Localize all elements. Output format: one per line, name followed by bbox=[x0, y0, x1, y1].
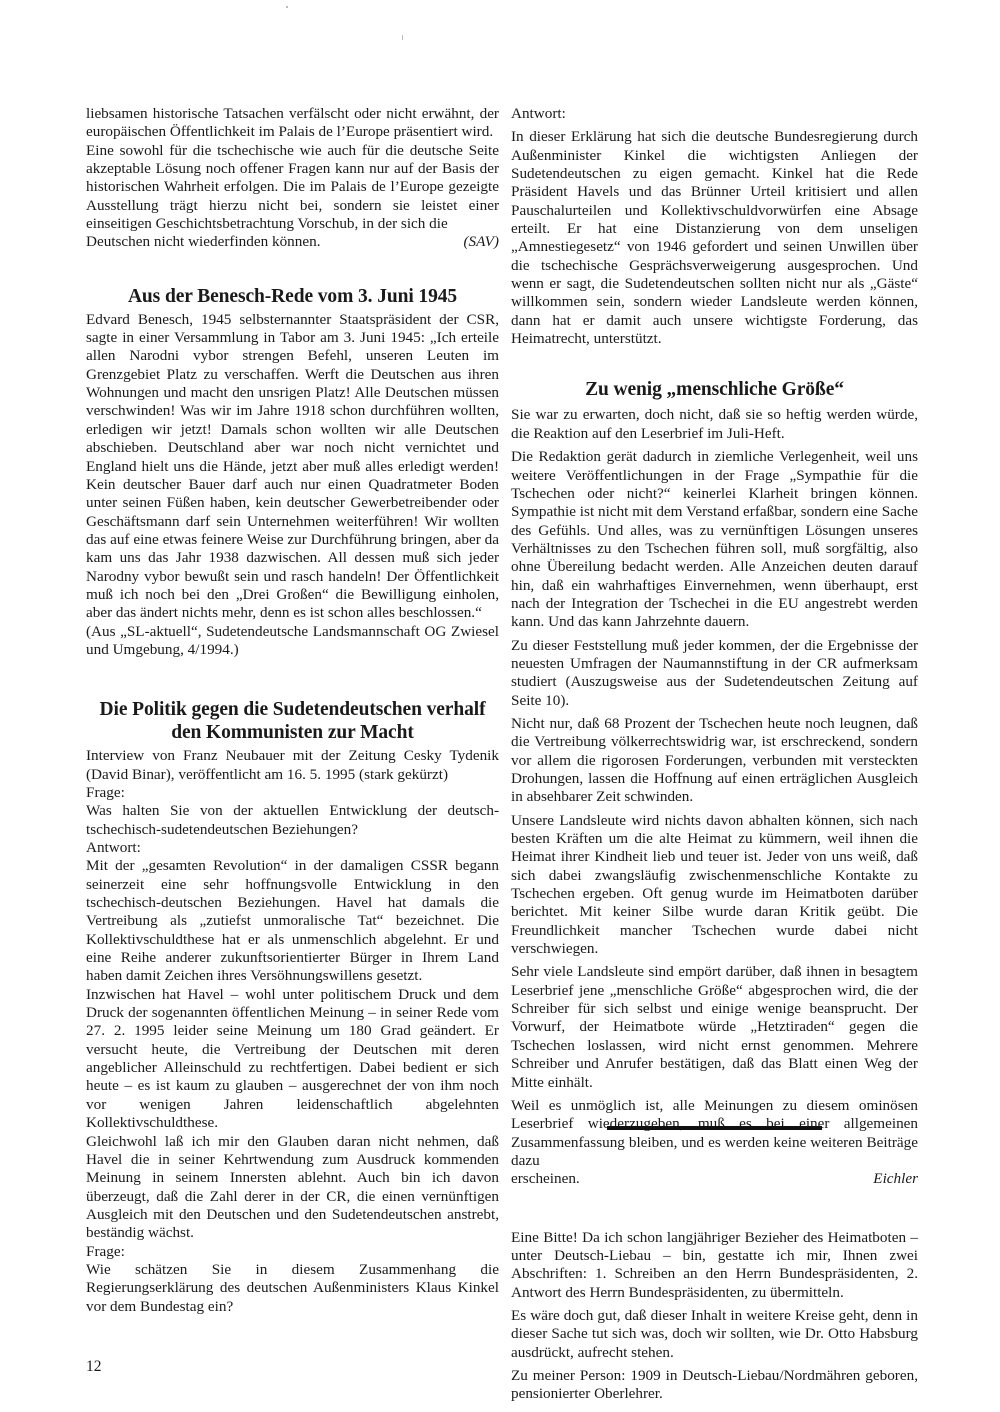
paragraph: Zu meiner Person: 1909 in Deutsch-Liebau… bbox=[511, 1367, 918, 1404]
paragraph-tail: Deutschen nicht wiederfinden können. bbox=[86, 233, 321, 251]
paragraph: Die Redaktion gerät dadurch in ziemliche… bbox=[511, 448, 918, 631]
article-heading: Aus der Benesch-Rede vom 3. Juni 1945 bbox=[86, 285, 499, 308]
paragraph: Zu dieser Feststellung muß jeder kommen,… bbox=[511, 637, 918, 710]
paragraph: Weil es unmöglich ist, alle Meinungen zu… bbox=[511, 1097, 918, 1170]
answer-paragraph: Gleichwohl laß ich mir den Glauben daran… bbox=[86, 1133, 499, 1243]
scan-speck bbox=[402, 35, 403, 40]
left-column: liebsamen historische Tatsachen verfälsc… bbox=[86, 105, 499, 1316]
paragraph: Es wäre doch gut, daß dieser Inhalt in w… bbox=[511, 1307, 918, 1362]
paragraph: Eine Bitte! Da ich schon langjähriger Be… bbox=[511, 1229, 918, 1302]
paragraph-tail: erscheinen. bbox=[511, 1170, 580, 1188]
paragraph: liebsamen historische Tatsachen verfälsc… bbox=[86, 105, 499, 142]
interview-intro: Interview von Franz Neubauer mit der Zei… bbox=[86, 747, 499, 784]
reader-letter: Eine Bitte! Da ich schon langjähriger Be… bbox=[511, 1229, 918, 1404]
answer-paragraph: Inzwischen hat Havel – wohl unter politi… bbox=[86, 986, 499, 1133]
article-benesch-rede: Aus der Benesch-Rede vom 3. Juni 1945 Ed… bbox=[86, 285, 499, 660]
scan-speck bbox=[286, 6, 288, 8]
question-text: Wie schätzen Sie in diesem Zusammenhang … bbox=[86, 1261, 499, 1316]
section-divider-rule bbox=[607, 1126, 822, 1130]
article-heading: Zu wenig „menschliche Größe“ bbox=[511, 378, 918, 401]
signed-line: Deutschen nicht wiederfinden können. (SA… bbox=[86, 233, 499, 251]
right-column: Antwort: In dieser Erklärung hat sich di… bbox=[511, 105, 918, 1404]
paragraph-text: liebsamen historische Tatsachen verfälsc… bbox=[86, 105, 499, 140]
paragraph: Eine sowohl für die tschechische wie auc… bbox=[86, 142, 499, 234]
answer-label: Antwort: bbox=[86, 839, 499, 857]
signed-line: erscheinen. Eichler bbox=[511, 1170, 918, 1188]
source-citation: (Aus „SL-aktuell“, Sudetendeutsche Lands… bbox=[86, 623, 499, 660]
author-signature: (SAV) bbox=[463, 233, 499, 251]
article-interview-neubauer: Die Politik gegen die Sudetendeutschen v… bbox=[86, 698, 499, 1316]
answer-label: Antwort: bbox=[511, 105, 918, 123]
page-number: 12 bbox=[86, 1358, 102, 1376]
paragraph: Unsere Landsleute wird nichts davon abha… bbox=[511, 812, 918, 959]
interview-continued: Antwort: In dieser Erklärung hat sich di… bbox=[511, 105, 918, 348]
article-ausstellung-ending: liebsamen historische Tatsachen verfälsc… bbox=[86, 105, 499, 252]
question-label: Frage: bbox=[86, 1243, 499, 1261]
author-signature: Eichler bbox=[873, 1170, 918, 1188]
answer-paragraph: In dieser Erklärung hat sich die deutsch… bbox=[511, 128, 918, 348]
article-heading: Die Politik gegen die Sudetendeutschen v… bbox=[86, 698, 499, 744]
answer-paragraph: Mit der „gesamten Revolution“ in der dam… bbox=[86, 857, 499, 985]
question-label: Frage: bbox=[86, 784, 499, 802]
quote-paragraph: Edvard Benesch, 1945 selbsternannter Sta… bbox=[86, 311, 499, 623]
paragraph: Nicht nur, daß 68 Prozent der Tschechen … bbox=[511, 715, 918, 807]
article-menschliche-groesse: Zu wenig „menschliche Größe“ Sie war zu … bbox=[511, 378, 918, 1188]
question-text: Was halten Sie von der aktuellen Entwick… bbox=[86, 802, 499, 839]
paragraph: Sehr viele Landsleute sind empört darübe… bbox=[511, 963, 918, 1091]
paragraph: Sie war zu erwarten, doch nicht, daß sie… bbox=[511, 406, 918, 443]
